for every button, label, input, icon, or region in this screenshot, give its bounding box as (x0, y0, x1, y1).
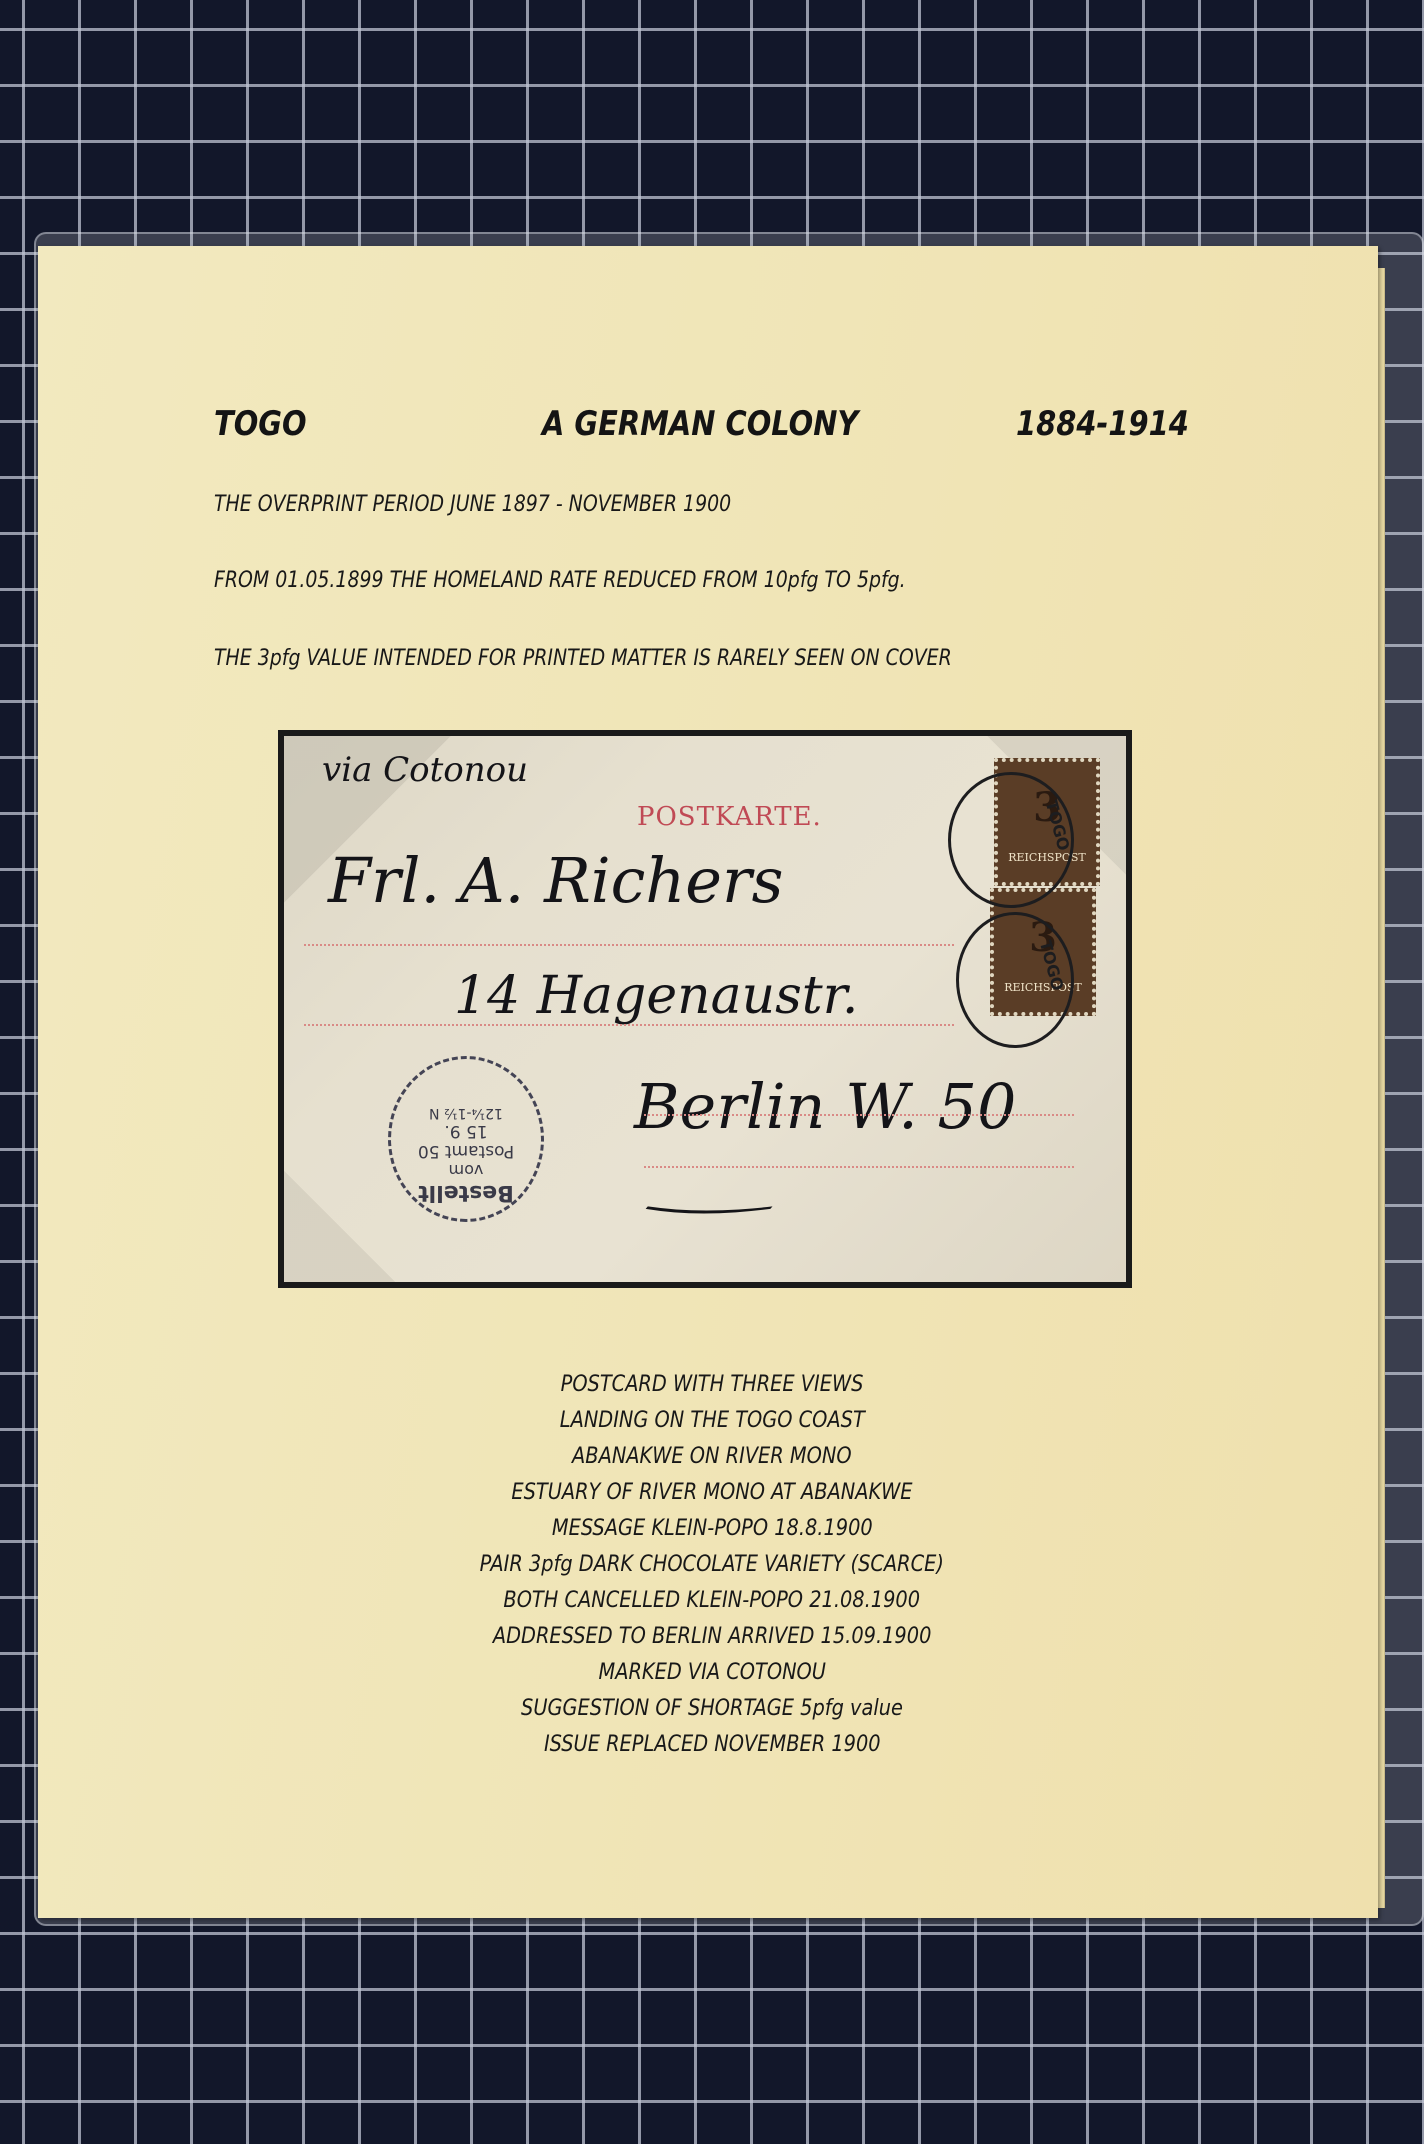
desc-text-6: PAIR 3pfg DARK CHOCOLATE VARIETY (SCARCE… (480, 1552, 944, 1577)
desc-line-10: SUGGESTION OF SHORTAGE 5pfg value (0, 1696, 1424, 1721)
desc-line-4: ESTUARY OF RIVER MONO AT ABANAKWE (0, 1480, 1424, 1505)
desc-text-1: POSTCARD WITH THREE VIEWS (561, 1372, 864, 1397)
underline-flourish: ‿ (656, 1168, 769, 1214)
header-subtitle: A GERMAN COLONY (542, 404, 858, 444)
desc-line-7: BOTH CANCELLED KLEIN-POPO 21.08.1900 (0, 1588, 1424, 1613)
address-rule-2 (304, 1024, 954, 1026)
desc-text-5: MESSAGE KLEIN-POPO 18.8.1900 (552, 1516, 873, 1541)
arrival-line-2: vom (391, 1161, 541, 1180)
desc-line-9: MARKED VIA COTONOU (0, 1660, 1424, 1685)
desc-text-10: SUGGESTION OF SHORTAGE 5pfg value (521, 1696, 903, 1721)
desc-line-3: ABANAKWE ON RIVER MONO (0, 1444, 1424, 1469)
desc-line-2: LANDING ON THE TOGO COAST (0, 1408, 1424, 1433)
address-rule-3 (644, 1114, 1074, 1116)
desc-line-6: PAIR 3pfg DARK CHOCOLATE VARIETY (SCARCE… (0, 1552, 1424, 1577)
intro-line-2: FROM 01.05.1899 THE HOMELAND RATE REDUCE… (214, 568, 906, 593)
header-country: TOGO (214, 404, 307, 444)
postcard: via Cotonou POSTKARTE. Frl. A. Richers 1… (284, 736, 1126, 1282)
address-line-3: Berlin W. 50 (634, 1070, 1016, 1143)
postcard-mount: via Cotonou POSTKARTE. Frl. A. Richers 1… (278, 730, 1132, 1288)
arrival-line-3: Postamt 50 (391, 1141, 541, 1161)
arrival-date: 15 9. (391, 1121, 541, 1141)
arrival-line-1: Bestellt (391, 1180, 541, 1205)
header-years: 1884-1914 (1016, 404, 1189, 444)
arrival-time: 12¼-1½ N (391, 1105, 541, 1121)
desc-text-2: LANDING ON THE TOGO COAST (559, 1408, 864, 1433)
routing-note: via Cotonou (322, 750, 528, 790)
intro-line-1: THE OVERPRINT PERIOD JUNE 1897 - NOVEMBE… (214, 492, 731, 517)
desc-text-8: ADDRESSED TO BERLIN ARRIVED 15.09.1900 (493, 1624, 931, 1649)
desc-text-4: ESTUARY OF RIVER MONO AT ABANAKWE (511, 1480, 912, 1505)
arrival-postmark: Bestellt vom Postamt 50 15 9. 12¼-1½ N (388, 1056, 544, 1222)
address-rule-1 (304, 944, 954, 946)
address-line-1: Frl. A. Richers (328, 844, 783, 917)
desc-line-11: ISSUE REPLACED NOVEMBER 1900 (0, 1732, 1424, 1757)
address-line-2: 14 Hagenaustr. (454, 966, 858, 1026)
desc-text-11: ISSUE REPLACED NOVEMBER 1900 (544, 1732, 881, 1757)
postkarte-title: POSTKARTE. (637, 802, 822, 832)
desc-text-3: ABANAKWE ON RIVER MONO (572, 1444, 852, 1469)
desc-line-5: MESSAGE KLEIN-POPO 18.8.1900 (0, 1516, 1424, 1541)
desc-line-1: POSTCARD WITH THREE VIEWS (0, 1372, 1424, 1397)
intro-line-3: THE 3pfg VALUE INTENDED FOR PRINTED MATT… (214, 646, 952, 671)
desc-text-9: MARKED VIA COTONOU (598, 1660, 825, 1685)
desc-line-8: ADDRESSED TO BERLIN ARRIVED 15.09.1900 (0, 1624, 1424, 1649)
desc-text-7: BOTH CANCELLED KLEIN-POPO 21.08.1900 (504, 1588, 921, 1613)
